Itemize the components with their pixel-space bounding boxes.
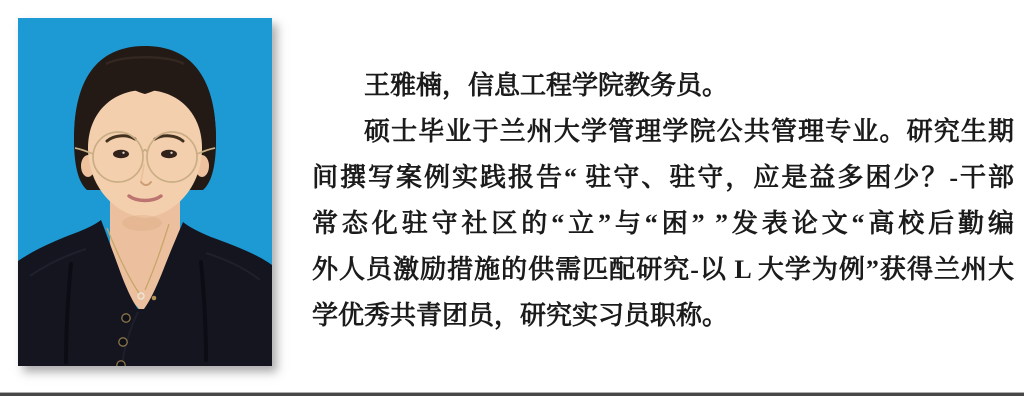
bio-line-5: 学优秀共青团员，研究实习员职称。 [312,293,1014,339]
bio-line-3: 常态化驻守社区的“立”与“困” ”发表论文“高校后勤编 [312,201,1014,247]
bio-name-line: 王雅楠，信息工程学院教务员。 [312,63,1014,109]
chin-shadow [122,215,162,231]
bio-text: 王雅楠，信息工程学院教务员。 硕士毕业于兰州大学管理学院公共管理专业。研究生期 … [312,63,1014,339]
bottom-divider [0,392,1024,396]
bio-line-1: 硕士毕业于兰州大学管理学院公共管理专业。研究生期 [312,109,1014,155]
portrait-photo [18,18,272,366]
bio-line-2: 间撰写案例实践报告“ 驻守、驻守，应是益多困少？-干部 [312,155,1014,201]
portrait-illustration [18,18,272,366]
bio-line-4: 外人员激励措施的供需匹配研究-以 L 大学为例”获得兰州大 [312,247,1014,293]
necklace-bead [152,296,157,301]
profile-page: 王雅楠，信息工程学院教务员。 硕士毕业于兰州大学管理学院公共管理专业。研究生期 … [0,0,1024,402]
